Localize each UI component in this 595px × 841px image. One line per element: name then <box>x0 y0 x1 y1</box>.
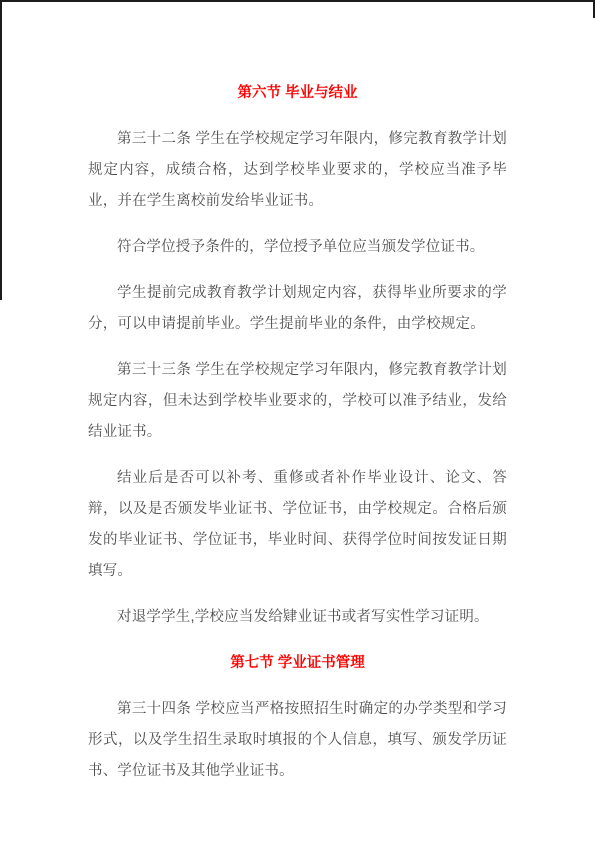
section-heading-graduation: 第六节 毕业与结业 <box>88 78 507 109</box>
paragraph-completion-rules: 结业后是否可以补考、重修或者补作毕业设计、论文、答辩，以及是否颁发毕业证书、学位… <box>88 463 507 587</box>
paragraph-withdrawal-certificate: 对退学学生,学校应当发给肄业证书或者写实性学习证明。 <box>88 602 507 633</box>
page-edge-top <box>0 0 595 2</box>
paragraph-article-34: 第三十四条 学校应当严格按照招生时确定的办学类型和学习形式，以及学生招生录取时填… <box>88 694 507 787</box>
paragraph-article-33: 第三十三条 学生在学校规定学习年限内，修完教育教学计划规定内容，但未达到学校毕业… <box>88 355 507 448</box>
section-graduation-completion: 第六节 毕业与结业 第三十二条 学生在学校规定学习年限内，修完教育教学计划规定内… <box>88 78 507 633</box>
paragraph-early-graduation: 学生提前完成教育教学计划规定内容，获得毕业所要求的学分，可以申请提前毕业。学生提… <box>88 278 507 340</box>
section-heading-certificate-management: 第七节 学业证书管理 <box>88 648 507 679</box>
paragraph-degree-certificate: 符合学位授予条件的，学位授予单位应当颁发学位证书。 <box>88 232 507 263</box>
section-certificate-management: 第七节 学业证书管理 第三十四条 学校应当严格按照招生时确定的办学类型和学习形式… <box>88 648 507 787</box>
paragraph-article-32: 第三十二条 学生在学校规定学习年限内，修完教育教学计划规定内容，成绩合格，达到学… <box>88 124 507 217</box>
page-edge-left <box>0 0 2 300</box>
document-page: 第六节 毕业与结业 第三十二条 学生在学校规定学习年限内，修完教育教学计划规定内… <box>0 0 595 841</box>
